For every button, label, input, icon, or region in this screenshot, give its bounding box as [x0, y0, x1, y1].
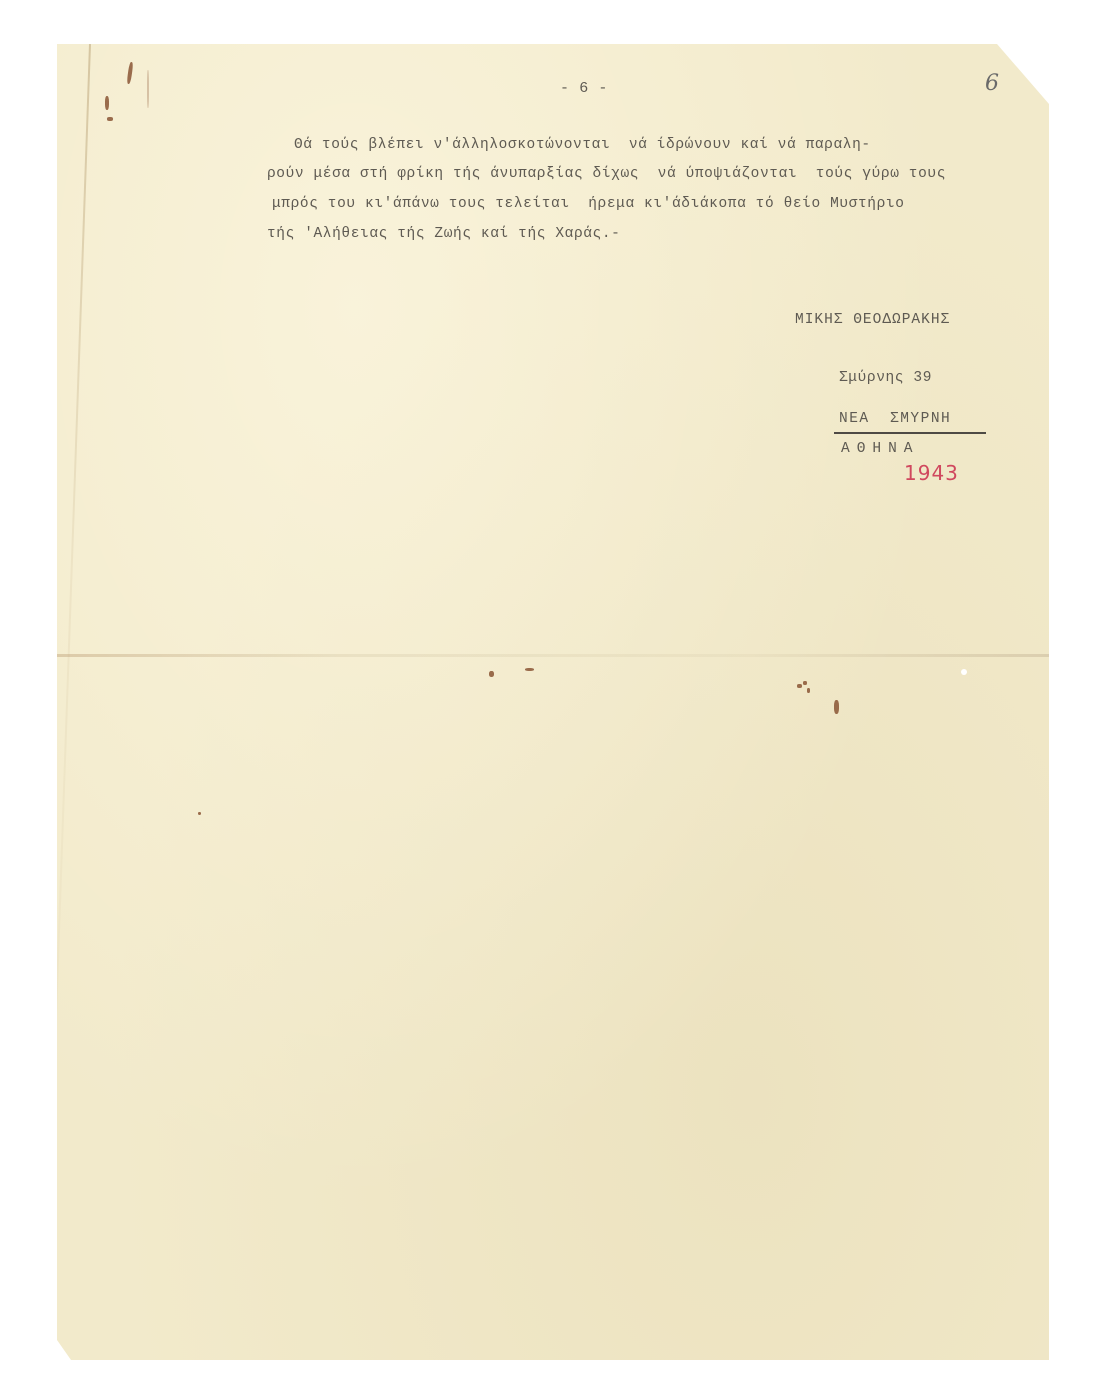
- body-line-4: τής 'Αλήθειας τής Ζωής καί τής Χαράς.-: [267, 226, 620, 242]
- address-city: ΑΘΗΝΑ: [841, 441, 920, 457]
- document-page: - 6 - 6 Θά τούς βλέπει ν'άλληλοσκοτώνοντ…: [57, 44, 1049, 1360]
- stain-mark: [489, 671, 494, 677]
- handwritten-page-number: 6: [985, 71, 999, 96]
- stain-mark: [107, 117, 113, 121]
- stain-mark: [126, 62, 133, 84]
- paper-hole: [961, 669, 967, 675]
- district-underline: [834, 432, 986, 434]
- body-line-3: μπρός του κι'άπάνω τους τελείται ήρεμα κ…: [272, 196, 905, 212]
- stain-mark: [807, 688, 810, 693]
- stain-mark: [803, 681, 807, 685]
- stain-mark: [834, 700, 839, 714]
- page-number-header: - 6 -: [560, 80, 608, 97]
- body-line-1: Θά τούς βλέπει ν'άλληλοσκοτώνονται νά ίδ…: [294, 137, 871, 153]
- stain-mark: [147, 70, 149, 108]
- body-line-2: ρούν μέσα στή φρίκη τής άνυπαρξίας δίχως…: [267, 166, 946, 182]
- address-street: Σμύρνης 39: [839, 370, 932, 386]
- stain-mark: [797, 684, 802, 688]
- horizontal-fold-line: [57, 654, 1049, 657]
- stain-mark: [525, 668, 534, 671]
- author-signature: ΜΙΚΗΣ ΘΕΟΔΩΡΑΚΗΣ: [795, 312, 950, 328]
- left-crease: [43, 44, 91, 1359]
- stain-mark: [105, 96, 109, 110]
- handwritten-year: 1943: [904, 461, 959, 485]
- address-district: ΝΕΑ ΣΜΥΡΝΗ: [839, 411, 951, 427]
- stain-mark: [198, 812, 201, 815]
